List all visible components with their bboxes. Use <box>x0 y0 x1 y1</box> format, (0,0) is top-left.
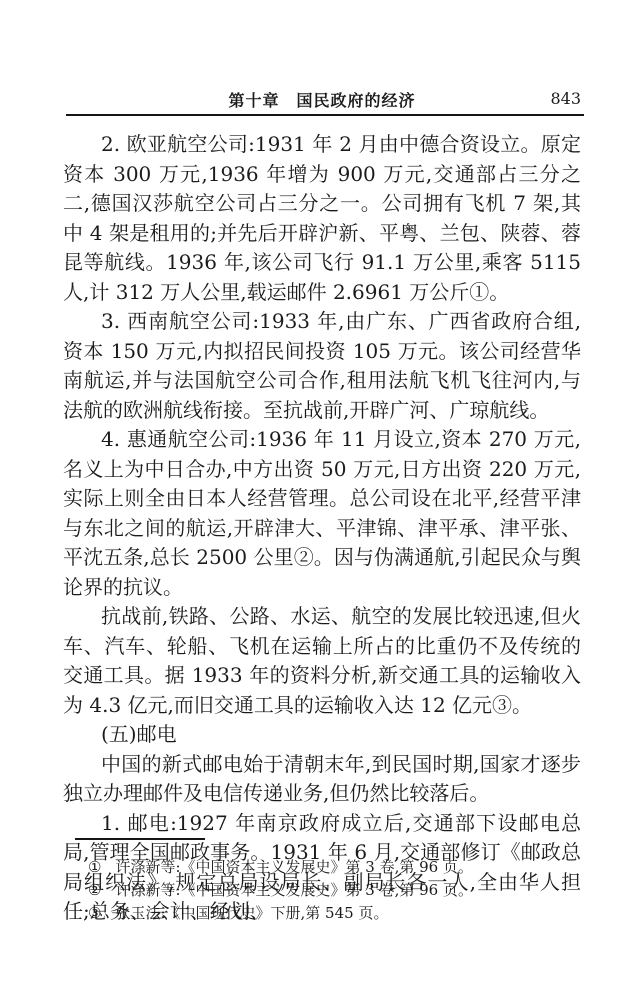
section-heading-post-telecom: (五)邮电 <box>63 720 581 750</box>
footnote-3-marker: ③ <box>88 902 101 925</box>
footnote-2-text: 许涤新等:《中国资本主义发展史》第 3 卷,第 96 页。 <box>115 879 568 902</box>
book-page: 第十章 国民政府的经济 843 2. 欧亚航空公司:1931 年 2 月由中德合… <box>0 0 644 1000</box>
body-text: 2. 欧亚航空公司:1931 年 2 月由中德合资设立。原定资本 300 万元,… <box>63 130 581 927</box>
footnotes: ① 许涤新等:《中国资本主义发展史》第 3 卷,第 96 页。 ② 许涤新等:《… <box>88 856 568 925</box>
paragraph-huitong-aviation: 4. 惠通航空公司:1936 年 11 月设立,资本 270 万元,名义上为中日… <box>63 425 581 602</box>
paragraph-southwest-aviation: 3. 西南航空公司:1933 年,由广东、广西省政府合组,资本 150 万元,内… <box>63 307 581 425</box>
paragraph-eurasia-aviation: 2. 欧亚航空公司:1931 年 2 月由中德合资设立。原定资本 300 万元,… <box>63 130 581 307</box>
scan-speck: · <box>90 396 94 412</box>
paragraph-prewar-transport-summary: 抗战前,铁路、公路、水运、航空的发展比较迅速,但火车、汽车、轮船、飞机在运输上所… <box>63 602 581 720</box>
footnote-3-text: 张玉法:《中国现代史》下册,第 545 页。 <box>115 902 568 925</box>
footnote-divider <box>75 838 205 840</box>
header-rule <box>66 114 584 116</box>
footnote-3: ③ 张玉法:《中国现代史》下册,第 545 页。 <box>88 902 568 925</box>
footnote-1-marker: ① <box>88 856 101 879</box>
page-number: 843 <box>550 89 581 108</box>
footnote-1: ① 许涤新等:《中国资本主义发展史》第 3 卷,第 96 页。 <box>88 856 568 879</box>
footnote-2-marker: ② <box>88 879 101 902</box>
chapter-title: 第十章 国民政府的经济 <box>63 88 581 111</box>
footnote-1-text: 许涤新等:《中国资本主义发展史》第 3 卷,第 96 页。 <box>115 856 568 879</box>
paragraph-post-telecom-intro: 中国的新式邮电始于清朝末年,到民国时期,国家才逐步独立办理邮件及电信传递业务,但… <box>63 750 581 809</box>
footnote-2: ② 许涤新等:《中国资本主义发展史》第 3 卷,第 96 页。 <box>88 879 568 902</box>
running-head: 第十章 国民政府的经济 843 <box>63 88 581 110</box>
